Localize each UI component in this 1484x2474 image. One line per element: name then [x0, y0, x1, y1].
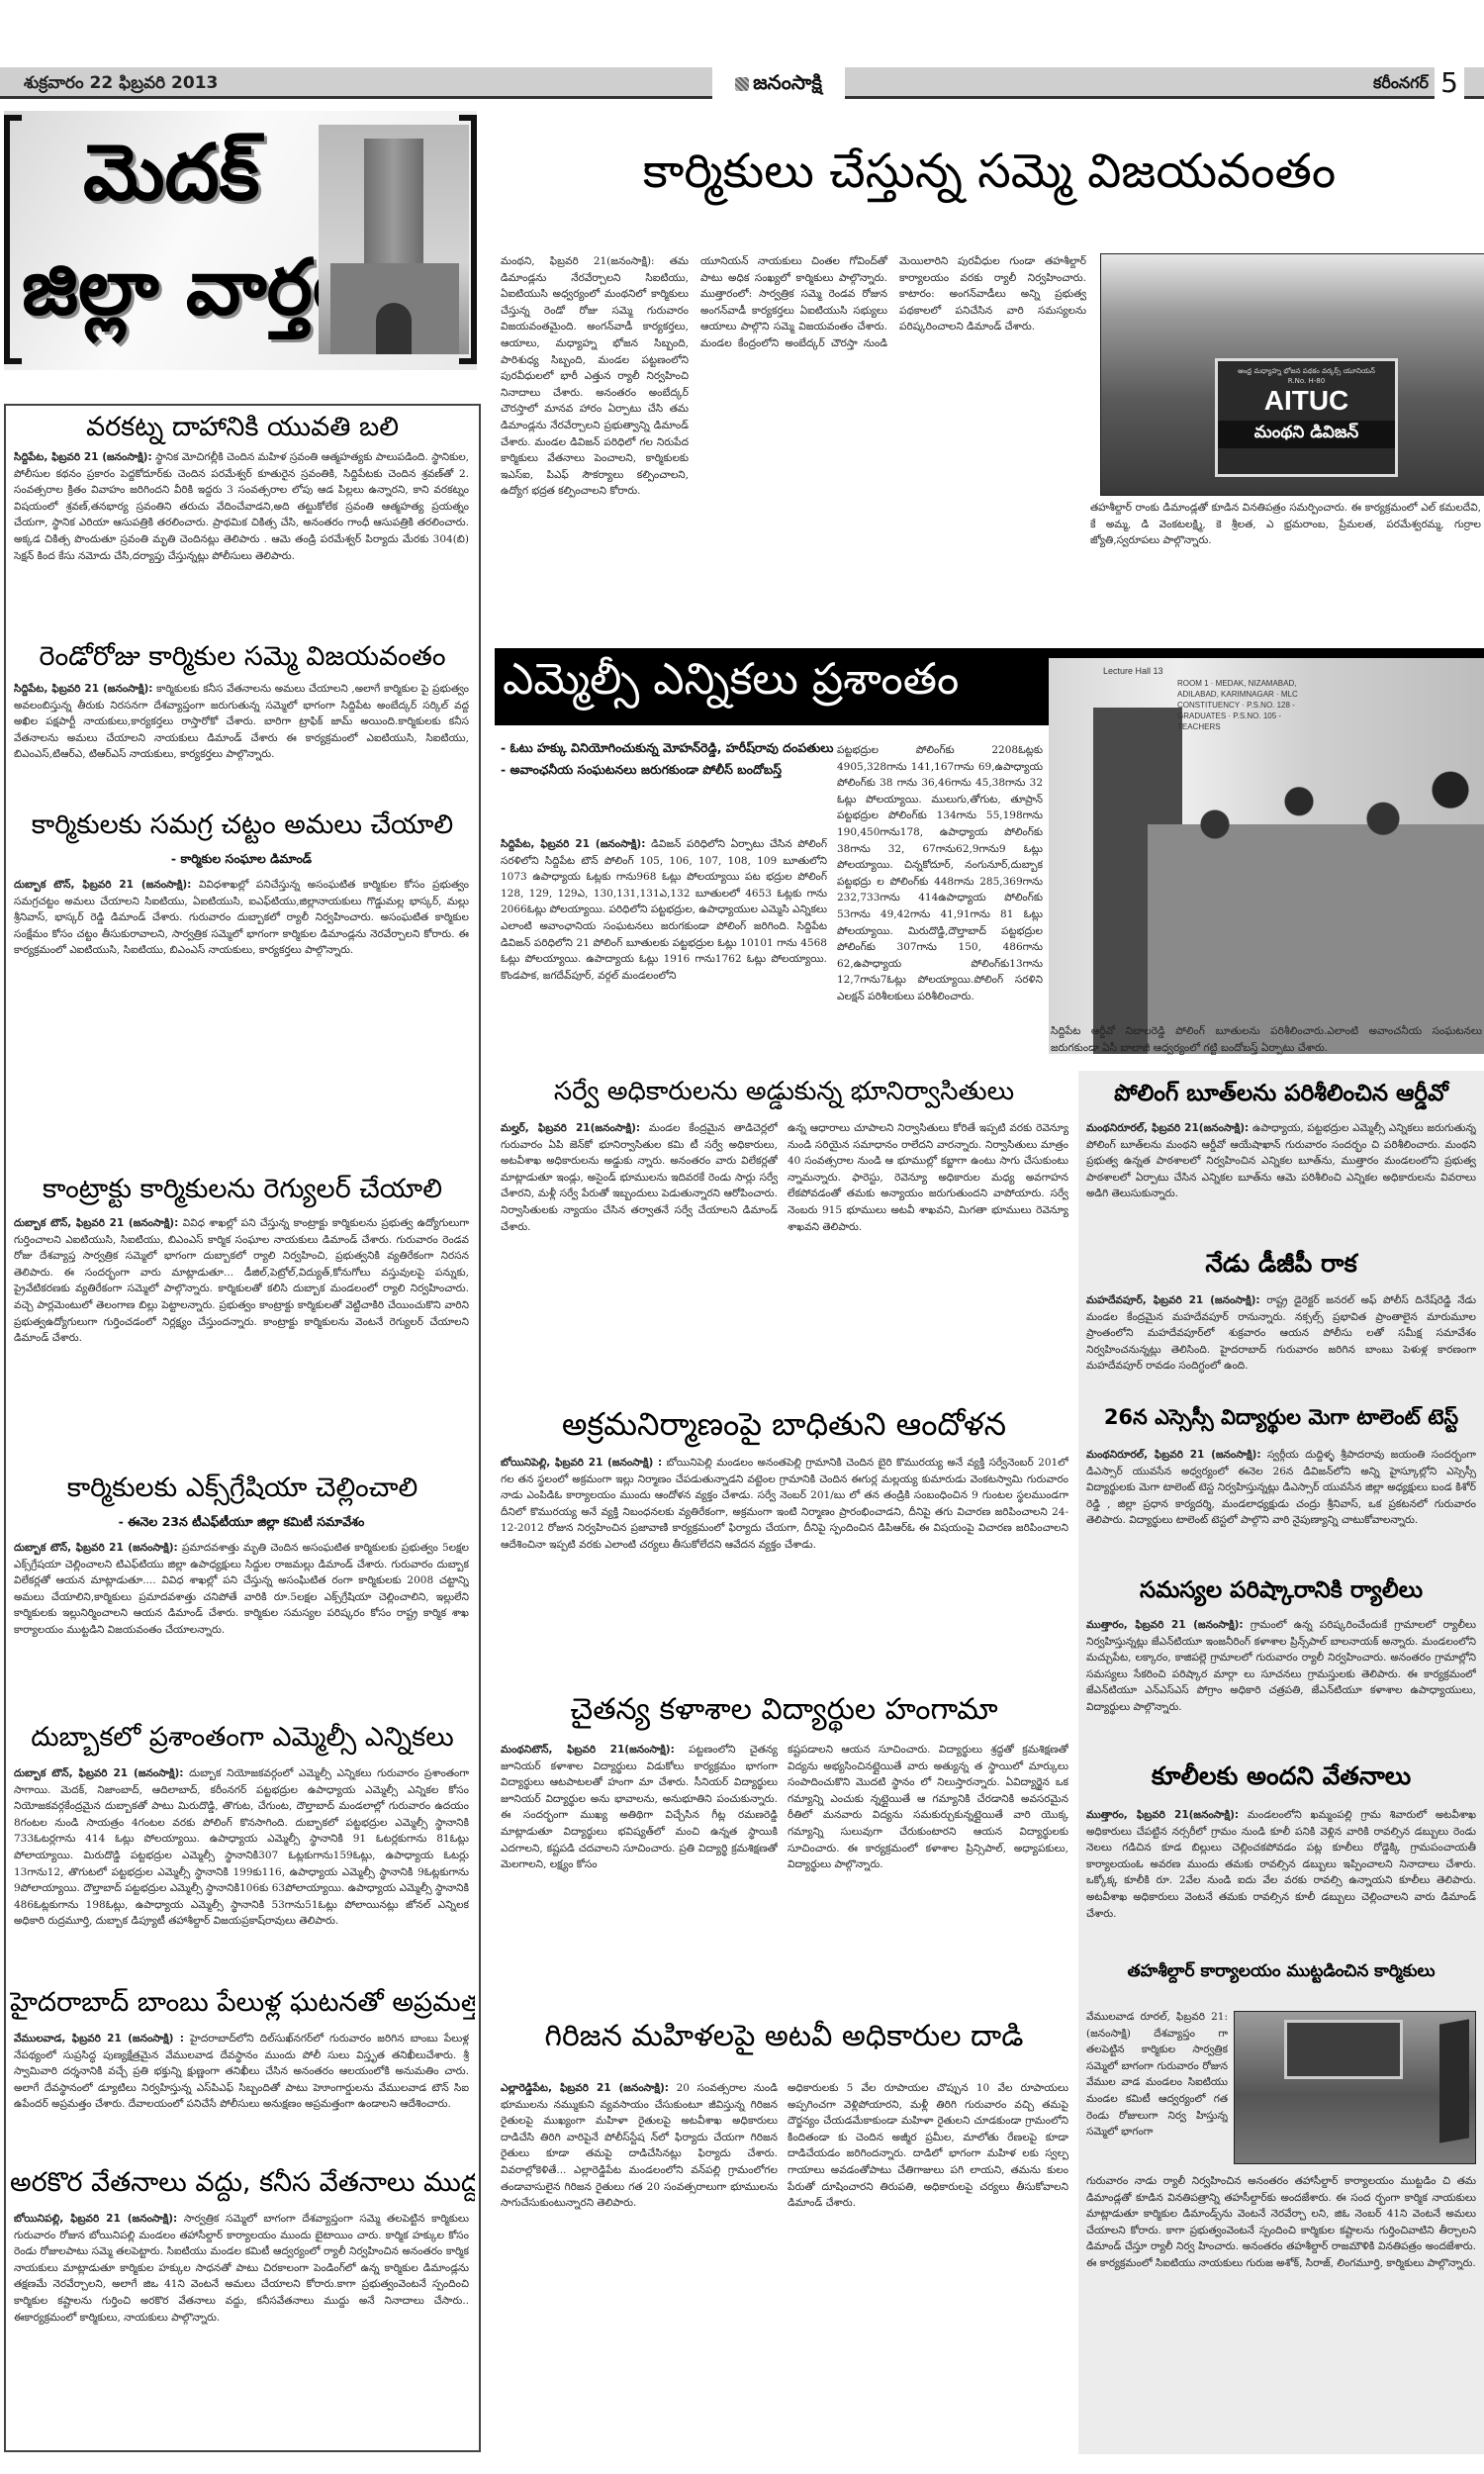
dateline: ముత్తారం, ఫిబ్రవరి 21(జనంసాక్షి):	[1086, 1809, 1239, 1821]
article-text: పట్టణంలోని చైతన్య జూనియర్ కళాశాల విద్యార…	[501, 1744, 778, 1870]
article-headline: సర్వే అధికారులను అడ్డుకున్న భూనిర్వాసితు…	[495, 1077, 1073, 1112]
article-body: బోయినిపల్లి, ఫిబ్రవరి 21 (జనంసాక్షి): సా…	[14, 2211, 469, 2444]
bullet-item: - అవాంఛనీయ సంఘటనలు జరుగకుండా పోలీస్ బందో…	[501, 759, 837, 781]
article-text: మండలంలోని ఖమ్మంపల్లి గ్రామ శివారులో అటవీ…	[1086, 1809, 1476, 1920]
article-col2: అధికారులకు 5 వేల రూపాయల చొప్పున 10 వేల ర…	[788, 2080, 1068, 2446]
polling-booth-photo: Lecture Hall 13 ROOM 1 · MEDAK, NIZAMABA…	[1049, 658, 1484, 1054]
dateline: మంథనిరూరల్, ఫిబ్రవరి 21(జనంసాక్షి):	[1086, 1122, 1249, 1134]
mlc-headline: ఎమ్మెల్సీ ఎన్నికలు ప్రశాంతం	[503, 654, 959, 715]
dateline: సిద్దిపేట, ఫిబ్రవరి 21 (జనంసాక్షి):	[501, 838, 645, 850]
dateline: మంథనిరూరల్, ఫిబ్రవరి 21 (జనంసాక్షి):	[1086, 1449, 1261, 1461]
article-subhead: - కార్మికుల సంఘాల డిమాండ్	[14, 851, 469, 870]
voters-queue	[1148, 767, 1484, 1054]
mlc-col2: పట్టభద్రుల పోలింగ్‌కు 2208ఓట్లకు 4905,32…	[837, 742, 1043, 1056]
article-headline: హైదరాబాద్ బాంబు పేలుళ్ల ఘటనతో అప్రమత్తం	[10, 1987, 475, 2025]
article-body: ముత్తారం, ఫిబ్రవరి 21 (జనంసాక్షి): గ్రామ…	[1086, 1617, 1476, 1748]
dateline: దుబ్బాక టౌన్, ఫిబ్రవరి 21 (జనంసాక్షి):	[14, 879, 191, 891]
page-number: 5	[1435, 65, 1464, 101]
article-body: ముత్తారం, ఫిబ్రవరి 21(జనంసాక్షి): మండలంల…	[1086, 1807, 1476, 1938]
article-headline: 26న ఎస్సెస్సీ విద్యార్థుల మెగా టాలెంట్ ట…	[1080, 1405, 1482, 1435]
banner-reg-no: R.No. H-80	[1218, 377, 1395, 385]
article-col2: కష్టపడాలని ఆయన సూచించారు. విద్యార్థులు శ…	[788, 1742, 1068, 2001]
article-headline: సమస్యల పరిష్కారానికి ర్యాలీలు	[1080, 1577, 1482, 1609]
article-headline: వరకట్న దాహానికి యువతి బలి	[10, 412, 475, 449]
flag-icon	[1439, 2019, 1469, 2142]
article-body: వేములవాడ, ఫిబ్రవరి 21 (జనంసాక్షి) : హైదర…	[14, 2031, 469, 2151]
article-subhead: - ఈనెల 23న టీఎఫ్‌టీయూ జిల్లా కమిటీ సమావే…	[14, 1514, 469, 1533]
bullet-item: - ఓటు హక్కు వినియోగించుకున్న మోహన్‌రెడ్డ…	[501, 737, 837, 759]
office-building	[1284, 2020, 1403, 2079]
article-body: గురువారం నాడు ర్యాలీ నిర్వహించిన అనంతరం …	[1086, 2173, 1476, 2448]
banner-union-name: ఆంధ్ర మధ్యాహ్న భోజన పథకం వర్కర్స్ యూనియన…	[1218, 367, 1395, 377]
article-headline: చైతన్య కళాశాల విద్యార్థుల హంగామా	[495, 1692, 1073, 1734]
dateline: బోయినిపల్లి, ఫిబ్రవరి 21 (జనంసాక్షి):	[14, 2213, 177, 2225]
article-text: స్థానిక మోచిగల్లీకి చెందిన మహిళ స్రవంతి …	[14, 451, 469, 562]
church-door	[376, 303, 412, 354]
article-body: సిద్దిపేట, ఫిబ్రవరి 21 (జనంసాక్షి): కార్…	[14, 681, 469, 798]
church-photo	[319, 125, 469, 354]
newspaper-logo: జనంసాక్షి	[712, 65, 845, 103]
article-body: మంథనిరూరల్, ఫిబ్రవరి 21 (జనంసాక్షి): స్వ…	[1086, 1447, 1476, 1564]
main-headline: కార్మికులు చేస్తున్న సమ్మె విజయవంతం	[495, 143, 1484, 211]
article-col1: మంథనిటౌన్, ఫిబ్రవరి 21(జనంసాక్షి): పట్టణ…	[501, 1742, 778, 2001]
district-banner: మెదక్ జిల్లా వార్తలు	[4, 111, 477, 370]
article-body: సిద్దిపేట, ఫిబ్రవరి 21 (జనంసాక్షి): స్థా…	[14, 449, 469, 618]
masthead: శుక్రవారం 22 ఫిబ్రవరి 2013 జనంసాక్షి కరీ…	[0, 67, 1484, 99]
edition-city: కరీంనగర్	[1373, 73, 1429, 96]
dateline: వేములవాడ, ఫిబ్రవరి 21 (జనంసాక్షి) :	[14, 2033, 184, 2045]
aituc-rally-photo: ఆంధ్ర మధ్యాహ్న భోజన పథకం వర్కర్స్ యూనియన…	[1100, 253, 1484, 496]
logo-mark-icon	[735, 77, 749, 91]
logo-text: జనంసాక్షి	[753, 70, 822, 99]
article-col1: ఎల్లారెడ్డిపేట, ఫిబ్రవరి 21 (జనంసాక్షి):…	[501, 2080, 778, 2446]
article-headline: నేడు డీజీపీ రాక	[1080, 1249, 1482, 1285]
mlc-col3: సిద్దిపేట ఆర్డీవో నిబాలరెడ్డి పోలింగ్ బూ…	[1051, 1023, 1482, 1057]
article-headline: అరకొర వేతనాలు వద్దు, కనీస వేతనాలు ముద్దు	[10, 2167, 475, 2205]
dateline: మహదేవపూర్, ఫిబ్రవరి 21 (జనంసాక్షి):	[1086, 1294, 1260, 1306]
banner-division: మంథని డివిజన్	[1218, 421, 1395, 448]
room-sign: ROOM 1 · MEDAK, NIZAMABAD, ADILABAD, KAR…	[1177, 678, 1326, 732]
article-body: దుబ్బాక టౌన్, ఫిబ్రవరి 21 (జనంసాక్షి): ప…	[14, 1540, 469, 1722]
article-text: వివిధ శాఖల్లో పని చేస్తున్న కాంట్రాక్టు …	[14, 1217, 469, 1344]
article-headline: అక్రమనిర్మాణంపై బాధితుని ఆందోళన	[495, 1405, 1073, 1451]
article-headline: దుబ్బాకలో ప్రశాంతంగా ఎమ్మెల్సీ ఎన్నికలు	[10, 1722, 475, 1760]
article-body: బోయినిపెల్లి, ఫిబ్రవరి 21 (జనంసాక్షి) : …	[501, 1455, 1068, 1686]
article-body: దుబ్బాక టౌన్, ఫిబ్రవరి 21 (జనంసాక్షి): వ…	[14, 877, 469, 1164]
article-text: బోయినిపెల్లి మండలం అనంతపెల్లి గ్రామానికి…	[501, 1457, 1068, 1551]
dateline: ఎల్లారెడ్డిపేట, ఫిబ్రవరి 21 (జనంసాక్షి):	[501, 2082, 669, 2094]
article-text: దేశవ్యాప్తం గా తలపెట్టిన కార్మికుల సార్వ…	[1086, 2028, 1228, 2139]
article-text: దుబ్బాక నియోజకవర్గంలో ఎమ్మెల్సీ ఎన్నికలు…	[14, 1767, 469, 1927]
article-text: డివిజన్ పరిధిలోని ఏర్పాటు చేసిన పోలింగ్ …	[501, 838, 827, 982]
article-headline: కాంట్రాక్టు కార్మికులను రెగ్యులర్ చేయాలి	[10, 1174, 475, 1211]
article-text: ప్రమాదవశాత్తు మృతి చెందిన అసంఘటిత కార్మి…	[14, 1542, 469, 1636]
article-text: మండల కేంద్రమైన తాడిచెర్లలో గురువారం ఏపి …	[501, 1122, 778, 1233]
dateline: సిద్దిపేట, ఫిబ్రవరి 21 (జనంసాక్షి):	[14, 683, 152, 695]
issue-date: శుక్రవారం 22 ఫిబ్రవరి 2013	[24, 73, 218, 97]
dateline: సిద్దిపేట, ఫిబ్రవరి 21 (జనంసాక్షి):	[14, 451, 152, 463]
article-col1: మల్హర్, ఫిబ్రవరి 21(జనంసాక్షి): మండల కేం…	[501, 1120, 778, 1380]
article-headline: కూలీలకు అందని వేతనాలు	[1080, 1761, 1482, 1797]
mlc-bullets: - ఓటు హక్కు వినియోగించుకున్న మోహన్‌రెడ్డ…	[501, 737, 837, 781]
dateline: మల్హర్, ఫిబ్రవరి 21(జనంసాక్షి):	[501, 1122, 640, 1134]
dateline: బోయినిపెల్లి, ఫిబ్రవరి 21 (జనంసాక్షి) :	[501, 1457, 662, 1469]
main-story-col1: మంథని, ఫిబ్రవరి 21(జనంసాక్షి): తమ డిమాండ…	[501, 253, 689, 639]
article-text: సార్వత్రిక సమ్మెలో బాగంగా దేశవ్యాప్తంగా …	[14, 2213, 469, 2324]
main-story-col3: తహశీల్దార్ రాంకు డిమాండ్లతో కూడిన వినతిప…	[1090, 500, 1481, 638]
article-text: 20 సంవత్సరాల నుండి భూములను నమ్ముకుని వ్య…	[501, 2082, 778, 2209]
main-story-col2: యూనియన్ నాయకులు చింతల గోవింద్‌తో పాటు అధ…	[700, 253, 1086, 639]
dateline: ముత్తారం, ఫిబ్రవరి 21 (జనంసాక్షి):	[1086, 1619, 1244, 1631]
aituc-banner: ఆంధ్ర మధ్యాహ్న భోజన పథకం వర్కర్స్ యూనియన…	[1215, 358, 1398, 477]
dateline: దుబ్బాక టౌన్, ఫిబ్రవరి 21 (జనంసాక్షి):	[14, 1217, 178, 1229]
hall-sign: Lecture Hall 13	[1103, 666, 1163, 676]
article-headline: తహశీల్దార్ కార్యాలయం ముట్టడించిన కార్మిక…	[1080, 1961, 1482, 1985]
dateline: దుబ్బాక టౌన్, ఫిబ్రవరి 21 (జనంసాక్షి):	[14, 1542, 178, 1554]
article-body: దుబ్బాక టౌన్, ఫిబ్రవరి 21 (జనంసాక్షి): వ…	[14, 1215, 469, 1469]
banner-title-line1: మెదక్	[83, 129, 259, 237]
dateline: దుబ్బాక టౌన్, ఫిబ్రవరి 21 (జనంసాక్షి):	[14, 1767, 183, 1779]
dateline: మంథనిటౌన్, ఫిబ్రవరి 21(జనంసాక్షి):	[501, 1744, 675, 1756]
article-body: మంథనిరూరల్, ఫిబ్రవరి 21(జనంసాక్షి): ఉపాధ…	[1086, 1120, 1476, 1235]
article-col2: ఉన్న ఆధారాలు చూపాలని నిర్వాసితులు కోరితే…	[788, 1120, 1068, 1380]
banner-aituc: AITUC	[1218, 385, 1395, 417]
article-headline: రెండోరోజు కార్మికుల సమ్మె విజయవంతం	[10, 641, 475, 679]
article-intro: వేములవాడ రూరల్, ఫిబ్రవరి 21: (జనంసాక్షి)…	[1086, 2009, 1228, 2167]
article-body: మహదేవపూర్, ఫిబ్రవరి 21 (జనంసాక్షి): రాష్…	[1086, 1292, 1476, 1391]
bracket-left-icon	[4, 115, 22, 364]
article-headline: పోలింగ్ బూత్‌లను పరిశీలించిన ఆర్డీవో	[1080, 1081, 1482, 1112]
mlc-col1: సిద్దిపేట, ఫిబ్రవరి 21 (జనంసాక్షి): డివి…	[501, 836, 827, 1056]
article-text: గ్రామంలో ఉన్న పరిష్కరించేందుకే గ్రామాలలో…	[1086, 1619, 1476, 1713]
article-headline: కార్మికులకు సమగ్ర చట్టం అమలు చేయాలి	[10, 809, 475, 847]
tahsildar-office-protest-photo	[1234, 2011, 1476, 2164]
article-headline: గిరిజన మహిళలపై అటవీ అధికారుల దాడి	[495, 2019, 1073, 2060]
article-body: దుబ్బాక టౌన్, ఫిబ్రవరి 21 (జనంసాక్షి): ద…	[14, 1765, 469, 1973]
article-headline: కార్మికులకు ఎక్స్‌గ్రేషియా చెల్లించాలి	[10, 1473, 475, 1510]
